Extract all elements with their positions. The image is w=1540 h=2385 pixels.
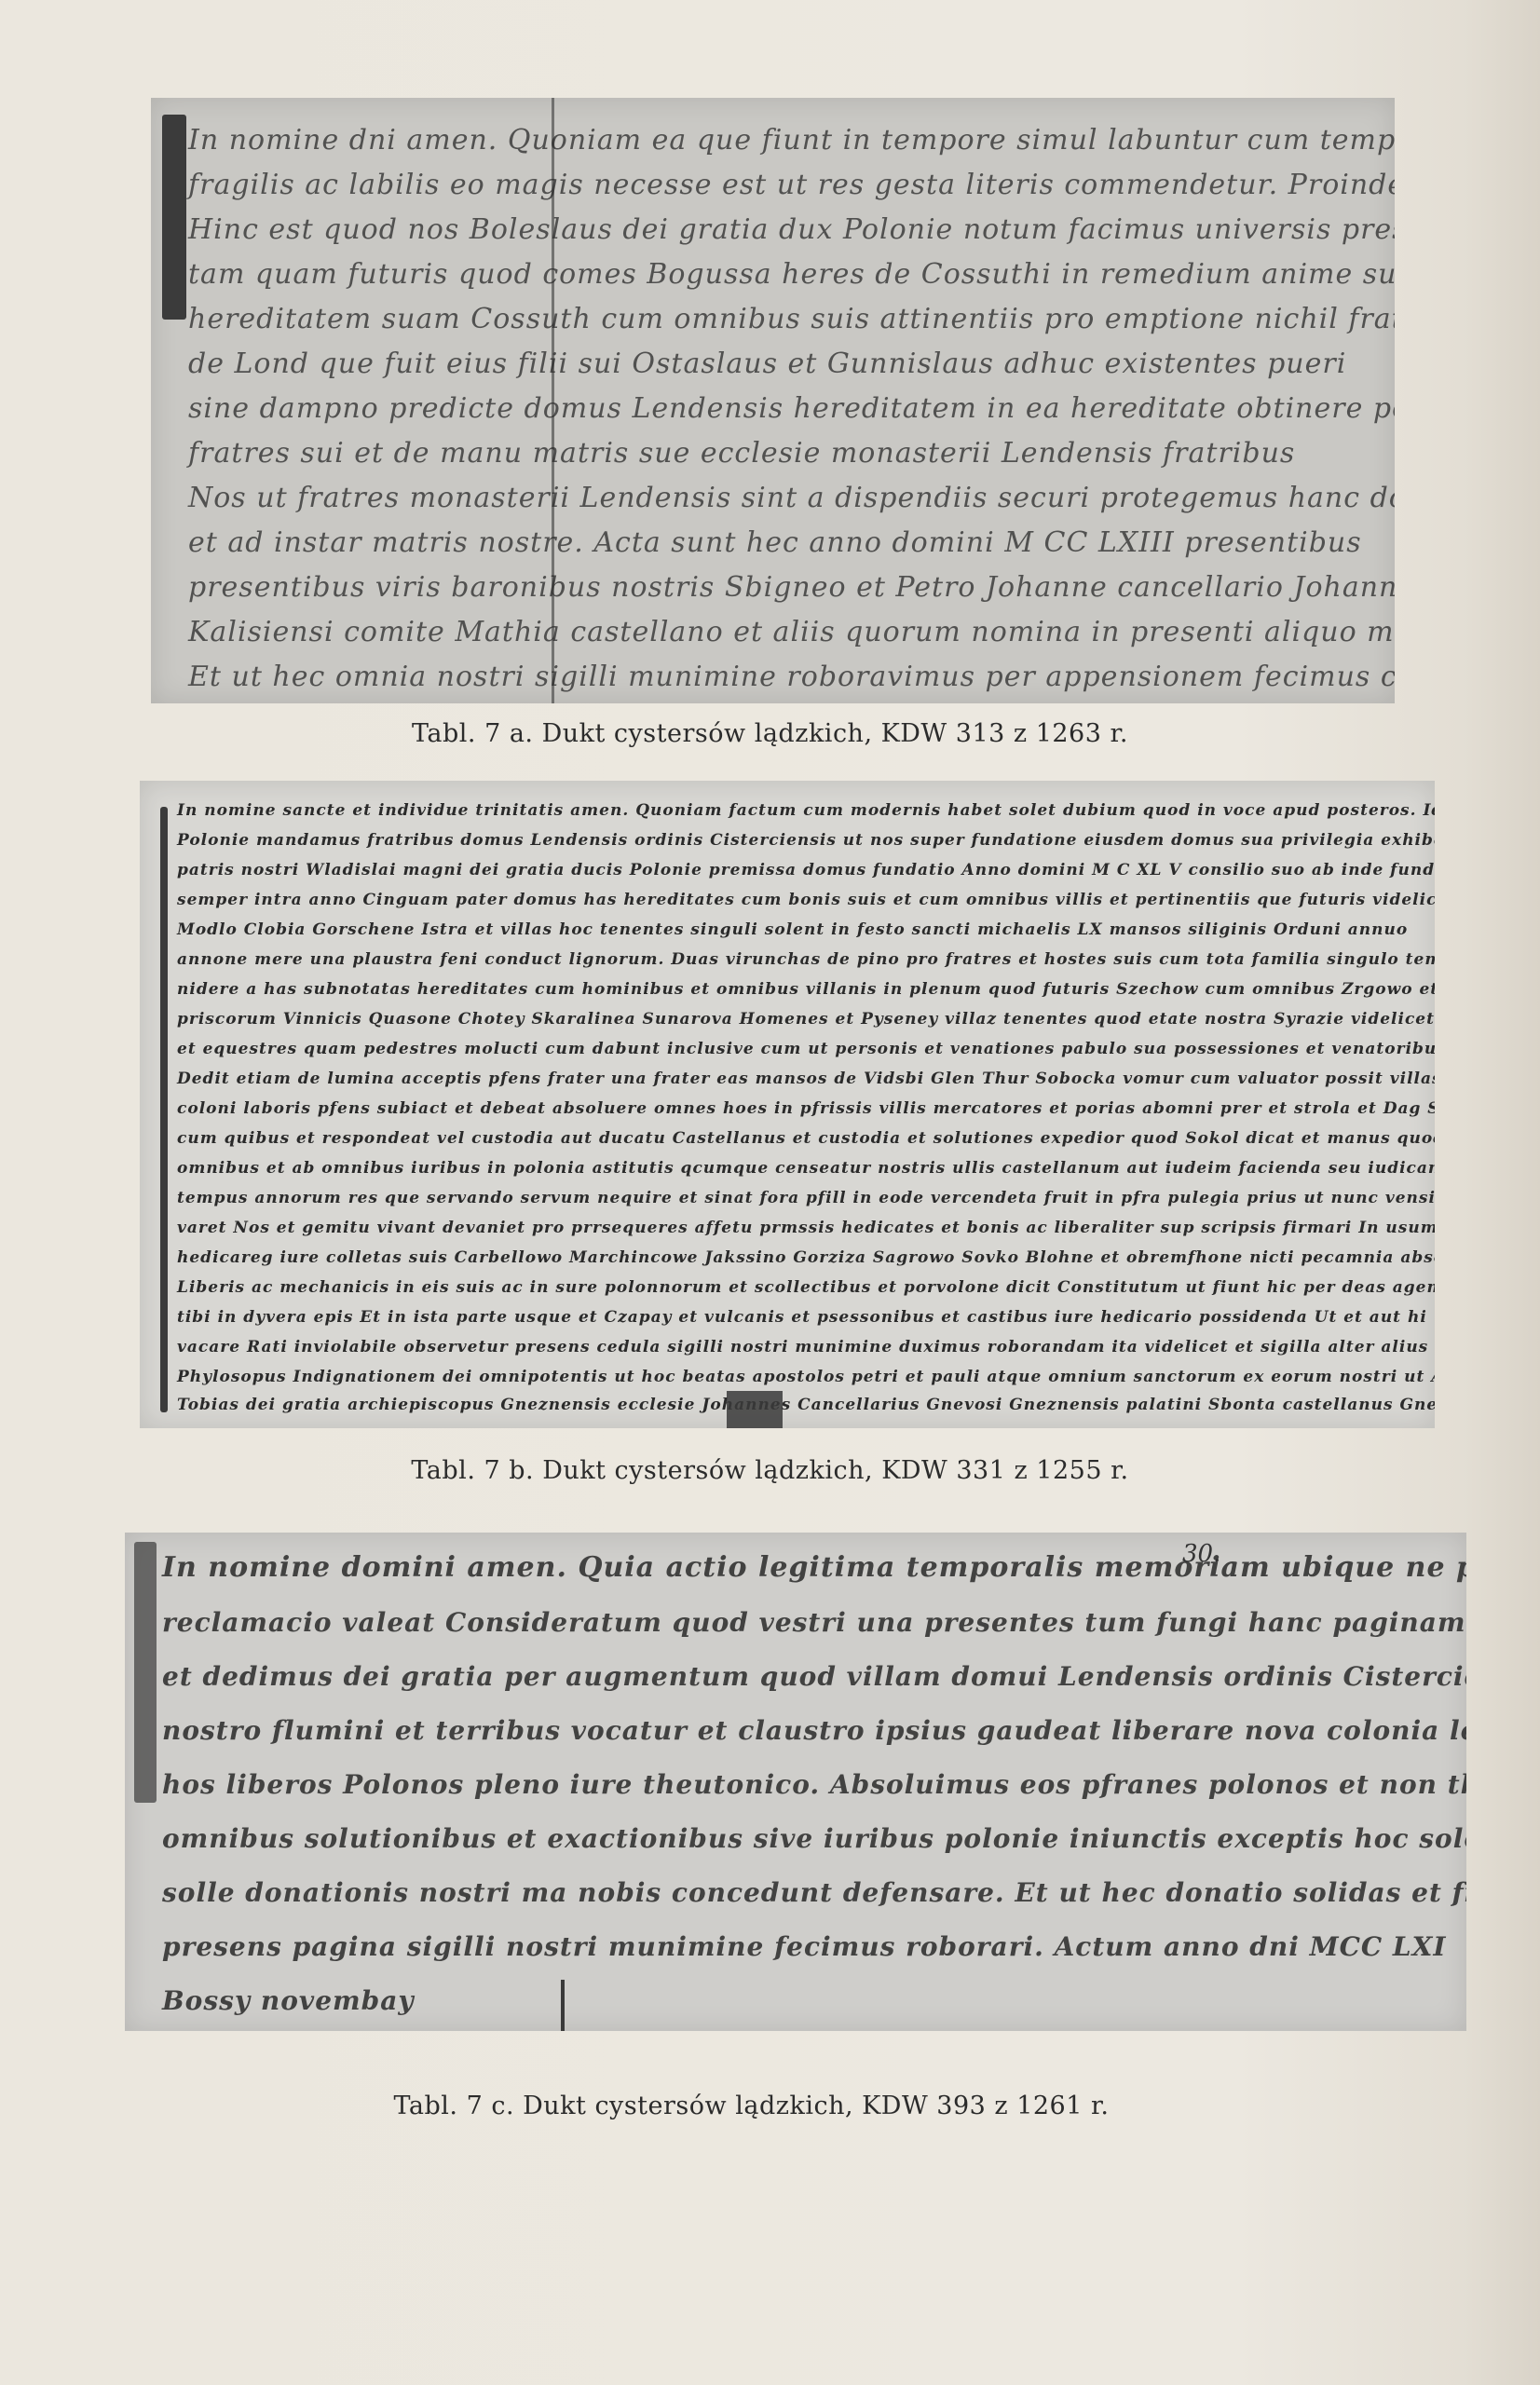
manuscript-line: vacare Rati inviolabile observetur prese… — [140, 1338, 1435, 1356]
manuscript-line: annone mere una plaustra feni conduct li… — [140, 950, 1435, 969]
manuscript-line: omnibus solutionibus et exactionibus siv… — [125, 1823, 1466, 1854]
manuscript-line: presentibus viris baronibus nostris Sbig… — [151, 571, 1395, 604]
manuscript-line: In nomine domini amen. Quia actio legiti… — [125, 1551, 1466, 1584]
manuscript-line: solle donationis nostri ma nobis concedu… — [125, 1877, 1466, 1908]
manuscript-line: sine dampno predicte domus Lendensis her… — [151, 392, 1395, 425]
seal-cord-mark — [727, 1391, 783, 1428]
manuscript-line: Tobias dei gratia archiepiscopus Gneznen… — [140, 1396, 1435, 1414]
manuscript-line: tam quam futuris quod comes Bogussa here… — [151, 258, 1395, 291]
manuscript-line: Polonie mandamus fratribus domus Lendens… — [140, 831, 1435, 850]
manuscript-line: Dedit etiam de lumina acceptis pfens fra… — [140, 1070, 1435, 1088]
manuscript-line: Nos ut fratres monasterii Lendensis sint… — [151, 482, 1395, 514]
manuscript-image-7a: In nomine dni amen. Quoniam ea que fiunt… — [151, 98, 1395, 703]
fold-line — [561, 1980, 565, 2031]
figure-caption-7b: Tabl. 7 b. Dukt cystersów lądzkich, KDW … — [0, 1456, 1540, 1485]
manuscript-line: nidere a has subnotatas hereditates cum … — [140, 980, 1435, 999]
manuscript-line: semper intra anno Cinguam pater domus ha… — [140, 891, 1435, 909]
manuscript-line: In nomine sancte et individue trinitatis… — [140, 801, 1435, 820]
manuscript-line: et ad instar matris nostre. Acta sunt he… — [151, 526, 1395, 559]
manuscript-line: hedicareg iure colletas suis Carbellowo … — [140, 1248, 1435, 1267]
manuscript-line: fratres sui et de manu matris sue eccles… — [151, 437, 1395, 470]
manuscript-line: omnibus et ab omnibus iuribus in polonia… — [140, 1159, 1435, 1178]
manuscript-line: Phylosopus Indignationem dei omnipotenti… — [140, 1368, 1435, 1386]
manuscript-line: reclamacio valeat Consideratum quod vest… — [125, 1607, 1466, 1638]
manuscript-line: et equestres quam pedestres molucti cum … — [140, 1040, 1435, 1058]
figure-caption-7c: Tabl. 7 c. Dukt cystersów lądzkich, KDW … — [0, 2092, 1521, 2120]
manuscript-line: cum quibus et respondeat vel custodia au… — [140, 1129, 1435, 1148]
manuscript-line: Liberis ac mechanicis in eis suis ac in … — [140, 1278, 1435, 1297]
manuscript-line: hos liberos Polonos pleno iure theutonic… — [125, 1769, 1466, 1800]
manuscript-line: hereditatem suam Cossuth cum omnibus sui… — [151, 303, 1395, 335]
manuscript-line: nostro flumini et terribus vocatur et cl… — [125, 1715, 1466, 1746]
manuscript-line: Hinc est quod nos Boleslaus dei gratia d… — [151, 213, 1395, 246]
manuscript-line: fragilis ac labilis eo magis necesse est… — [151, 169, 1395, 201]
manuscript-line: patris nostri Wladislai magni dei gratia… — [140, 861, 1435, 879]
manuscript-line: de Lond que fuit eius filii sui Ostaslau… — [151, 348, 1395, 380]
manuscript-line: et dedimus dei gratia per augmentum quod… — [125, 1661, 1466, 1692]
manuscript-line: Modlo Clobia Gorschene Istra et villas h… — [140, 920, 1435, 939]
manuscript-line: coloni laboris pfens subiact et debeat a… — [140, 1099, 1435, 1118]
figure-caption-7a: Tabl. 7 a. Dukt cystersów lądzkich, KDW … — [0, 719, 1540, 748]
manuscript-image-7c: 30. In nomine domini amen. Quia actio le… — [125, 1533, 1466, 2031]
manuscript-line: tempus annorum res que servando servum n… — [140, 1189, 1435, 1207]
manuscript-line: presens pagina sigilli nostri munimine f… — [125, 1931, 1466, 1962]
manuscript-line: tibi in dyvera epis Et in ista parte usq… — [140, 1308, 1435, 1327]
manuscript-line: Bossy novembay — [125, 1985, 1466, 2016]
manuscript-line: priscorum Vinnicis Quasone Chotey Skaral… — [140, 1010, 1435, 1029]
manuscript-line: In nomine dni amen. Quoniam ea que fiunt… — [151, 124, 1395, 157]
manuscript-image-7b: In nomine sancte et individue trinitatis… — [140, 781, 1435, 1428]
manuscript-line: Et ut hec omnia nostri sigilli munimine … — [151, 661, 1395, 693]
manuscript-line: varet Nos et gemitu vivant devaniet pro … — [140, 1219, 1435, 1237]
manuscript-line: Kalisiensi comite Mathia castellano et a… — [151, 616, 1395, 648]
